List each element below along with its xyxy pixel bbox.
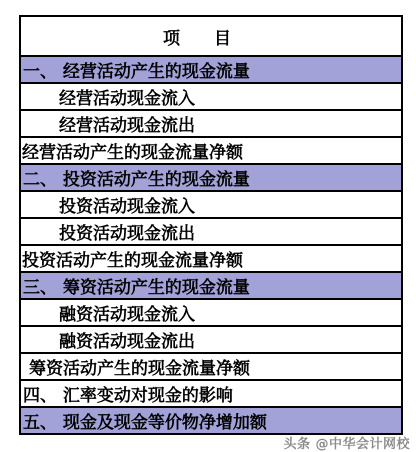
table-row: 投资活动现金流入 bbox=[21, 190, 401, 217]
table-header-item-column: 项 目 bbox=[21, 17, 401, 55]
table-row: 融资活动现金流出 bbox=[21, 325, 401, 352]
table-row: 投资活动现金流出 bbox=[21, 217, 401, 244]
table-row: 筹资活动产生的现金流量净额 bbox=[21, 352, 401, 379]
table-row: 经营活动现金流入 bbox=[21, 82, 401, 109]
table-row: 融资活动现金流入 bbox=[21, 298, 401, 325]
table-body: 一、 经营活动产生的现金流量经营活动现金流入经营活动现金流出经营活动产生的现金流… bbox=[21, 55, 401, 433]
table-row: 经营活动产生的现金流量净额 bbox=[21, 136, 401, 163]
page: 项 目 一、 经营活动产生的现金流量经营活动现金流入经营活动现金流出经营活动产生… bbox=[0, 0, 416, 452]
table-row: 经营活动现金流出 bbox=[21, 109, 401, 136]
cash-flow-table: 项 目 一、 经营活动产生的现金流量经营活动现金流入经营活动现金流出经营活动产生… bbox=[19, 15, 403, 435]
table-row: 投资活动产生的现金流量净额 bbox=[21, 244, 401, 271]
table-row: 一、 经营活动产生的现金流量 bbox=[21, 55, 401, 82]
table-row: 四、 汇率变动对现金的影响 bbox=[21, 379, 401, 406]
watermark: 头条 @中华会计网校 bbox=[283, 433, 410, 452]
table-row: 三、 筹资活动产生的现金流量 bbox=[21, 271, 401, 298]
table-row: 五、 现金及现金等价物净增加额 bbox=[21, 406, 401, 433]
table-row: 二、 投资活动产生的现金流量 bbox=[21, 163, 401, 190]
